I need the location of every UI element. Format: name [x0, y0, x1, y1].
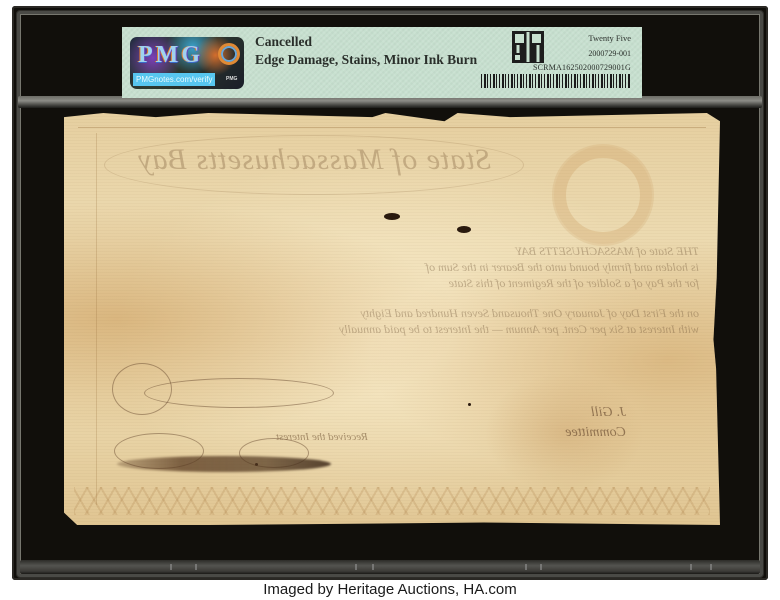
pen-flourish [144, 378, 334, 408]
scratch-mark [540, 564, 542, 570]
scratch-mark [372, 564, 374, 570]
note-title: State of Massachusetts Bay [124, 143, 504, 177]
cert-number: 2000729-001 [588, 49, 631, 58]
note-text-line [119, 291, 699, 305]
scratch-mark [170, 564, 172, 570]
scratch-mark [525, 564, 527, 570]
grade-comments: Edge Damage, Stains, Minor Ink Burn [255, 52, 477, 68]
verify-url: PMGnotes.com/verify [133, 73, 215, 86]
serial-code: SCRMA162502000729001G [533, 63, 631, 72]
ink-smear [117, 456, 331, 472]
seal-stamp [554, 146, 652, 244]
note-body-text: THE State of MASSACHUSETTS BAY is holden… [119, 243, 699, 337]
qr-finder-pattern [513, 53, 522, 62]
certification-label: PMG PMGnotes.com/verify PMG Cancelled Ed… [122, 27, 642, 98]
frame-line-top [78, 127, 706, 128]
pmg-hologram: PMG PMGnotes.com/verify PMG [130, 37, 244, 89]
pmg-mini-logo: PMG [226, 76, 237, 82]
guilloche-border [74, 487, 710, 515]
scratch-mark [195, 564, 197, 570]
note-text-line: is holden and firmly bound unto the Bear… [119, 259, 699, 275]
ink-dot [468, 403, 471, 406]
note-text-line: for the Pay of a Soldier of the Regiment… [119, 275, 699, 291]
endorsement-text: Received the Interest [276, 431, 368, 443]
note-text-line: on the First Day of January One Thousand… [119, 305, 699, 321]
frame-line-left [96, 133, 97, 505]
pmg-logo: PMG [138, 42, 203, 69]
banknote: State of Massachusetts Bay THE State of … [64, 113, 720, 525]
ink-burn-spot [384, 213, 400, 220]
signature-line: J. Gill [496, 403, 626, 423]
signature: J. Gill Committee [496, 403, 626, 463]
denomination: Twenty Five [588, 33, 631, 43]
image-credit: Imaged by Heritage Auctions, HA.com [0, 580, 780, 600]
ink-burn-spot [457, 226, 471, 233]
slab-bottom-edge [20, 560, 760, 574]
designation: Cancelled [255, 34, 312, 50]
scratch-mark [355, 564, 357, 570]
barcode-icon [481, 74, 631, 88]
qr-code-icon [513, 32, 543, 62]
note-text-line: with Interest at Six per Cent. per Annum… [119, 321, 699, 337]
scratch-mark [710, 564, 712, 570]
note-text-line: THE State of MASSACHUSETTS BAY [119, 243, 699, 259]
scratch-mark [690, 564, 692, 570]
signature-line: Committee [496, 423, 626, 443]
hologram-ring-icon [218, 43, 240, 65]
